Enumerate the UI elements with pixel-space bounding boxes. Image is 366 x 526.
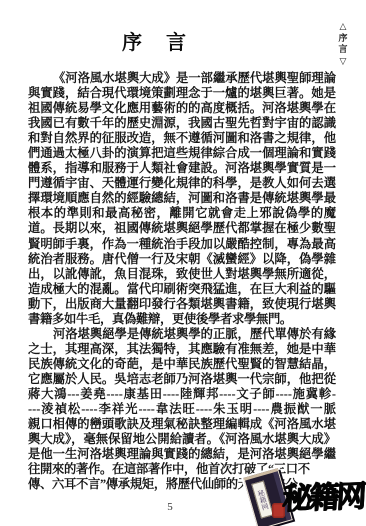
body-line: 它應屬於人民。吳培志老師乃河洛堪輿一代宗師，他把從 — [28, 372, 336, 387]
body-line-lineage-names: 蔣大鴻---姜堯----康基田----陸輝邦----文子師----施冀軫- — [28, 387, 336, 402]
body-line: 是他一生河洛堪輿理論與實踐的總結，是河洛堪輿絕學繼 — [28, 447, 336, 462]
body-line: 河洛堪輿絕學是傳統堪輿學的正脈，歷代單傳於有緣 — [28, 327, 336, 342]
body-line: 造成極大的混亂。當代印刷術突飛猛進，在巨大利益的驅 — [28, 282, 336, 297]
body-line: 民族傳統文化的奇葩，是中華民族歷代聖賢的智慧結晶， — [28, 357, 336, 372]
body-line: 門遵循宇宙、天體運行變化規律的科學，是教人如何去選 — [28, 176, 336, 191]
body-line: 們通過太極八卦的演算把這些規律綜合成一個理論和實踐 — [28, 146, 336, 161]
body-line: 和對自然界的征服改造，無不遵循河圖和洛書之規律，他 — [28, 131, 336, 146]
body-line: 擇環境順應自然的經驗總結，河圖和洛書是傳統堪輿學最 — [28, 191, 336, 206]
body-line: 與實踐，結合現代環境策劃理念于一爐的堪輿巨著。她是 — [28, 86, 336, 101]
margin-section-marker: △ 序 言 ▽ — [335, 21, 351, 67]
body-line: 往開來的著作。在這部著作中，他首次打破了“三口不 — [28, 462, 336, 477]
page-number: 5 — [110, 501, 230, 513]
body-line: 動下，出版商大量翻印發行各類堪輿書籍，致使現行堪輿 — [28, 297, 336, 312]
body-line: 書籍多如牛毛，真偽難辯，更使後學者求學無門。 — [28, 312, 336, 327]
book-stamp-label: 秘籍网 — [251, 480, 273, 518]
body-line-lineage-names: ---淩禎松----李祥光----韋法旺----朱玉明----農振猷一脈 — [28, 402, 336, 417]
body-line: 出，以訛傳訛，魚目混珠，致使世人對堪輿學無所適從， — [28, 267, 336, 282]
page-title: 序 言 — [0, 26, 310, 55]
body-line: 體系，指導和服務于人類社會建設。河洛堪輿學實質是一 — [28, 161, 336, 176]
body-line: 輿大成》，毫無保留地公開給讀者。《河洛風水堪輿大成》 — [28, 432, 336, 447]
watermark-brush-text: 秘籍网 — [281, 479, 366, 516]
body-line: 統治者服務。唐代僧一行及宋朝《滅蠻經》以降，偽學雜 — [28, 252, 336, 267]
triangle-down-icon: ▽ — [335, 56, 351, 68]
body-line: 親口相傳的巒頭歌訣及理氣秘訣整理編輯成《河洛風水堪 — [28, 417, 336, 432]
margin-marker-char: 言 — [335, 44, 351, 56]
body-line: 根本的準則和最高秘密，離開它就會走上邪說偽學的魔 — [28, 206, 336, 221]
margin-marker-char: 序 — [335, 33, 351, 45]
triangle-up-icon: △ — [335, 21, 351, 33]
body-line: 賢明師手裏，作為一種統治手段加以嚴酷控制，專為最高 — [28, 237, 336, 252]
body-line: 祖國傳統易學文化應用藝術的的高度概括。河洛堪輿學在 — [28, 101, 336, 116]
body-line: 我國已有數千年的歷史淵源，我國古聖先哲對宇宙的認識 — [28, 116, 336, 131]
body-line: 之士，其理高深，其法獨特，其應驗有准無差，她是中華 — [28, 342, 336, 357]
body-line: 道。長期以來，祖國傳統堪輿絕學歷代都掌握在極少數聖 — [28, 221, 336, 236]
body-line: 《河洛風水堪輿大成》是一部繼承歷代堪輿聖師理論 — [28, 71, 336, 86]
preface-body: 《河洛風水堪輿大成》是一部繼承歷代堪輿聖師理論 與實踐，結合現代環境策劃理念于一… — [28, 71, 336, 492]
